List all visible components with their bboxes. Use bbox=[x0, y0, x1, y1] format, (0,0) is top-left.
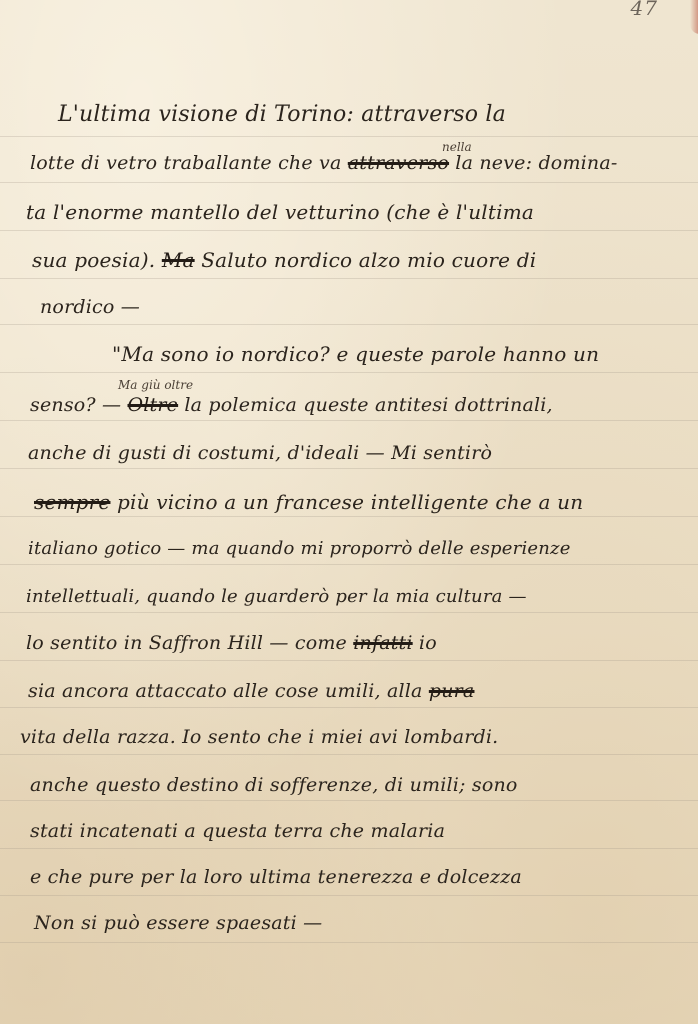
text-line: stati incatenati a questa terra che mala… bbox=[30, 820, 445, 842]
text-line: sempre più vicino a un francese intellig… bbox=[34, 490, 583, 514]
line-text: più vicino a un francese intelligente ch… bbox=[117, 490, 583, 514]
line-text: intellettuali, quando le guarderò per la… bbox=[26, 586, 527, 607]
text-line: "Ma sono io nordico? e queste parole han… bbox=[112, 342, 599, 366]
line-text: nordico — bbox=[40, 296, 140, 318]
text-line: Non si può essere spaesati — bbox=[34, 912, 322, 934]
text-line: lotte di vetro traballante che va attrav… bbox=[30, 152, 618, 174]
line-text: lotte di vetro traballante che va bbox=[30, 152, 342, 174]
ruled-line bbox=[0, 372, 698, 373]
text-line: vita della razza. Io sento che i miei av… bbox=[20, 726, 498, 748]
text-line: lo sentito in Saffron Hill — come infatt… bbox=[26, 632, 437, 654]
ruled-line bbox=[0, 942, 698, 943]
interlinear-insertion: Ma giù oltre bbox=[118, 378, 193, 392]
line-text: senso? — bbox=[30, 394, 121, 416]
text-line: anche di gusti di costumi, d'ideali — Mi… bbox=[28, 442, 492, 464]
line-text: ta l'enorme mantello del vetturino (che … bbox=[26, 200, 534, 224]
text-line: sia ancora attaccato alle cose umili, al… bbox=[28, 680, 474, 702]
ruled-line bbox=[0, 230, 698, 231]
ruled-line bbox=[0, 136, 698, 137]
line-text: vita della razza. Io sento che i miei av… bbox=[20, 726, 498, 748]
ruled-line bbox=[0, 516, 698, 517]
struck-word: infatti bbox=[353, 632, 412, 654]
line-text: italiano gotico — ma quando mi proporrò … bbox=[28, 538, 571, 559]
struck-word: pura bbox=[429, 680, 475, 702]
line-text: la neve: domina- bbox=[455, 152, 617, 174]
line-text: io bbox=[419, 632, 437, 654]
ruled-line bbox=[0, 800, 698, 801]
line-text: sua poesia). bbox=[32, 248, 155, 272]
line-text: la polemica queste antitesi dottrinali, bbox=[184, 394, 552, 416]
line-text: "Ma sono io nordico? e queste parole han… bbox=[112, 342, 599, 366]
ruled-line bbox=[0, 895, 698, 896]
line-text: Non si può essere spaesati — bbox=[34, 912, 322, 934]
text-line: e che pure per la loro ultima tenerezza … bbox=[30, 866, 522, 888]
ruled-line bbox=[0, 660, 698, 661]
corner-stain bbox=[690, 0, 698, 34]
line-text: L'ultima visione di Torino: attraverso l… bbox=[58, 102, 506, 127]
line-text: stati incatenati a questa terra che mala… bbox=[30, 820, 445, 842]
text-line: senso? — Oltre la polemica queste antite… bbox=[30, 394, 553, 416]
ruled-line bbox=[0, 848, 698, 849]
text-line: anche questo destino di sofferenze, di u… bbox=[30, 774, 518, 796]
struck-word: Ma bbox=[162, 248, 195, 272]
ruled-line bbox=[0, 612, 698, 613]
line-text: anche di gusti di costumi, d'ideali — Mi… bbox=[28, 442, 492, 464]
ruled-line bbox=[0, 564, 698, 565]
line-text: Saluto nordico alzo mio cuore di bbox=[201, 248, 536, 272]
ruled-line bbox=[0, 278, 698, 279]
ruled-line bbox=[0, 420, 698, 421]
ruled-line bbox=[0, 324, 698, 325]
ruled-line bbox=[0, 707, 698, 708]
ruled-line bbox=[0, 754, 698, 755]
text-line: L'ultima visione di Torino: attraverso l… bbox=[58, 102, 506, 127]
struck-word: sempre bbox=[34, 490, 110, 514]
text-line: intellettuali, quando le guarderò per la… bbox=[26, 586, 527, 607]
line-text: sia ancora attaccato alle cose umili, al… bbox=[28, 680, 423, 702]
line-text: lo sentito in Saffron Hill — come bbox=[26, 632, 347, 654]
line-text: e che pure per la loro ultima tenerezza … bbox=[30, 866, 522, 888]
text-line: ta l'enorme mantello del vetturino (che … bbox=[26, 200, 534, 224]
ruled-line bbox=[0, 182, 698, 183]
struck-word: Oltre bbox=[128, 394, 179, 416]
page-number: 47 bbox=[631, 0, 658, 20]
line-text: anche questo destino di sofferenze, di u… bbox=[30, 774, 518, 796]
manuscript-page: 47 L'ultima visione di Torino: attravers… bbox=[0, 0, 698, 1024]
ruled-line bbox=[0, 468, 698, 469]
text-line: italiano gotico — ma quando mi proporrò … bbox=[28, 538, 571, 559]
struck-word: attraverso bbox=[348, 152, 449, 174]
text-line: sua poesia). Ma Saluto nordico alzo mio … bbox=[32, 248, 536, 272]
text-line: nordico — bbox=[40, 296, 140, 318]
